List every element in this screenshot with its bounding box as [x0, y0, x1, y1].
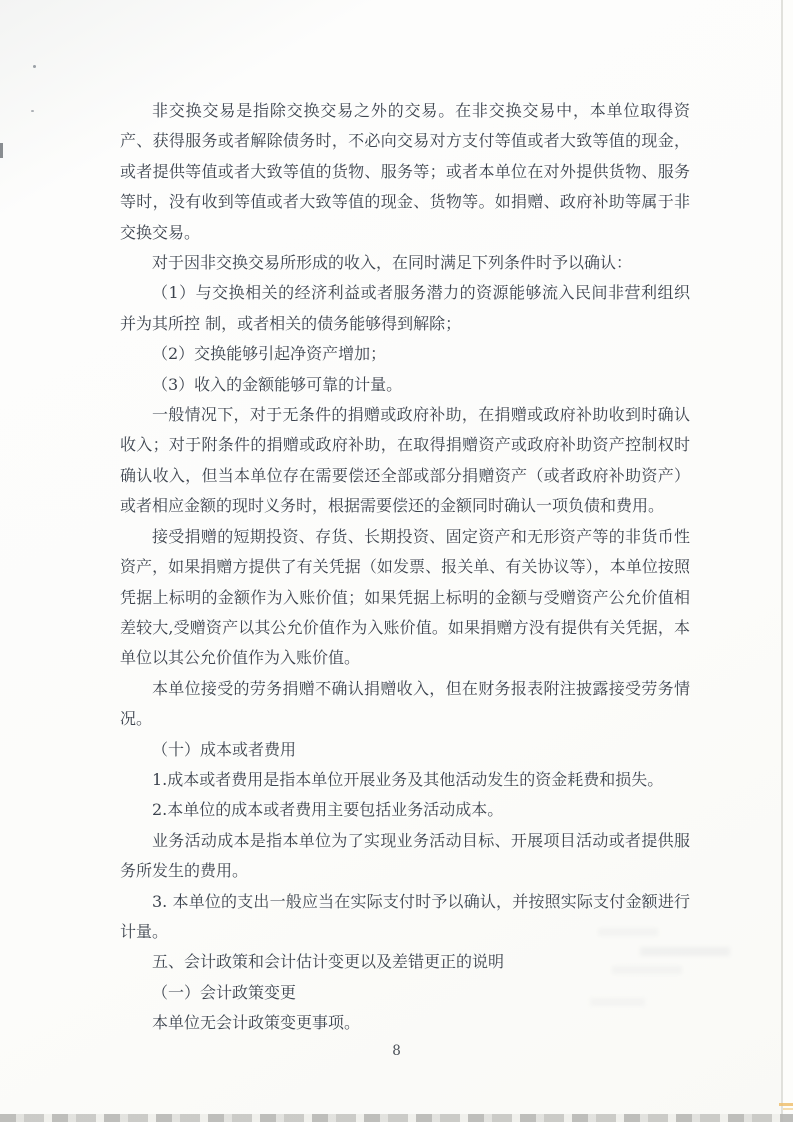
paragraph: 对于因非交换交易所形成的收入，在同时满足下列条件时予以确认：: [120, 248, 690, 278]
scan-bottom-edge-band: [0, 1114, 793, 1122]
scan-yellow-mark: [783, 1108, 793, 1110]
document-page: 非交换交易是指除交换交易之外的交易。在非交换交易中，本单位取得资产、获得服务或者…: [0, 0, 793, 1122]
scan-speck: [33, 65, 36, 68]
paragraph: （2）交换能够引起净资产增加；: [120, 339, 690, 369]
paragraph: 3. 本单位的支出一般应当在实际支付时予以确认，并按照实际支付金额进行计量。: [120, 887, 690, 948]
paragraph: 业务活动成本是指本单位为了实现业务活动目标、开展项目活动或者提供服务所发生的费用…: [120, 826, 690, 887]
paragraph: 1.成本或者费用是指本单位开展业务及其他活动发生的资金耗费和损失。: [120, 765, 690, 795]
page-edge-line: [781, 0, 783, 1122]
paragraph: 五、会计政策和会计估计变更以及差错更正的说明: [120, 947, 690, 977]
paragraph: 接受捐赠的短期投资、存货、长期投资、固定资产和无形资产等的非货币性资产，如果捐赠…: [120, 522, 690, 674]
ink-bleed-ghost: [598, 928, 658, 936]
ink-bleed-ghost: [640, 947, 730, 956]
paragraph: 一般情况下，对于无条件的捐赠或政府补助，在捐赠或政府补助收到时确认收入；对于附条…: [120, 400, 690, 522]
paragraph: 2.本单位的成本或者费用主要包括业务活动成本。: [120, 795, 690, 825]
paragraph: （3）收入的金额能够可靠的计量。: [120, 370, 690, 400]
scan-edge-mark: [0, 143, 3, 158]
paragraph: 非交换交易是指除交换交易之外的交易。在非交换交易中，本单位取得资产、获得服务或者…: [120, 96, 690, 248]
scan-yellow-mark: [779, 1103, 793, 1106]
ink-bleed-ghost: [590, 998, 645, 1006]
document-body: 非交换交易是指除交换交易之外的交易。在非交换交易中，本单位取得资产、获得服务或者…: [120, 96, 690, 1039]
scan-speck: [31, 110, 34, 112]
paragraph: （十）成本或者费用: [120, 735, 690, 765]
paragraph: 本单位接受的劳务捐赠不确认捐赠收入，但在财务报表附注披露接受劳务情况。: [120, 674, 690, 735]
page-number: 8: [0, 1043, 793, 1059]
ink-bleed-ghost: [612, 966, 682, 974]
paragraph: （1）与交换相关的经济利益或者服务潜力的资源能够流入民间非营利组织并为其所控 制…: [120, 278, 690, 339]
scan-right-margin: [782, 0, 793, 1122]
paragraph: 本单位无会计政策变更事项。: [120, 1008, 690, 1038]
